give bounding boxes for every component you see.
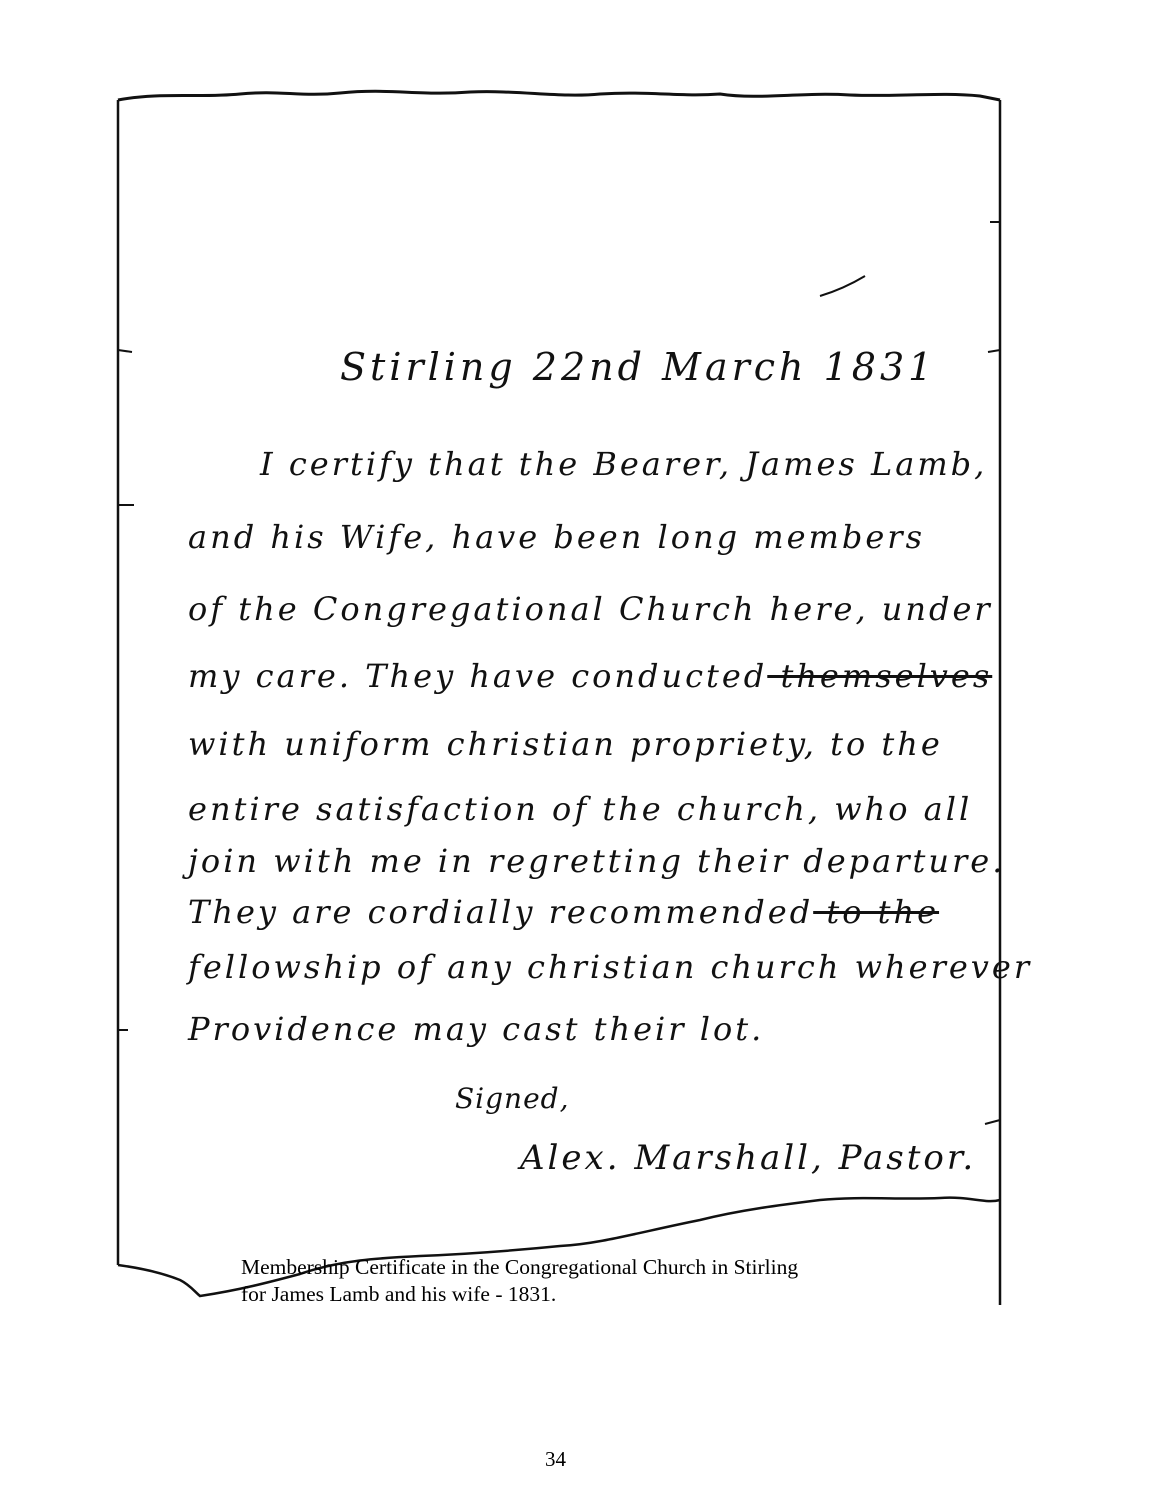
letter-line: and his Wife, have been long members <box>188 518 925 556</box>
letter-line: They are cordially recommended to the <box>188 893 939 931</box>
letter-line: Providence may cast their lot. <box>188 1010 764 1048</box>
letter-line: entire satisfaction of the church, who a… <box>188 790 972 828</box>
letter-line: fellowship of any christian church where… <box>188 948 1032 986</box>
caption-line-1: Membership Certificate in the Congregati… <box>241 1254 798 1281</box>
letter-line: with uniform christian propriety, to the <box>188 725 943 763</box>
signed-label: Signed, <box>455 1082 570 1115</box>
signature: Alex. Marshall, Pastor. <box>520 1138 976 1178</box>
letter-line: I certify that the Bearer, James Lamb, <box>260 445 987 483</box>
letter-line: of the Congregational Church here, under <box>188 590 993 628</box>
letter-line: join with me in regretting their departu… <box>188 842 1005 880</box>
caption-line-2: for James Lamb and his wife - 1831. <box>241 1281 798 1308</box>
letter-heading: Stirling 22nd March 1831 <box>340 345 936 389</box>
figure-caption: Membership Certificate in the Congregati… <box>241 1254 798 1308</box>
letter-line: my care. They have conducted themselves <box>188 657 992 695</box>
page-number: 34 <box>545 1447 566 1472</box>
